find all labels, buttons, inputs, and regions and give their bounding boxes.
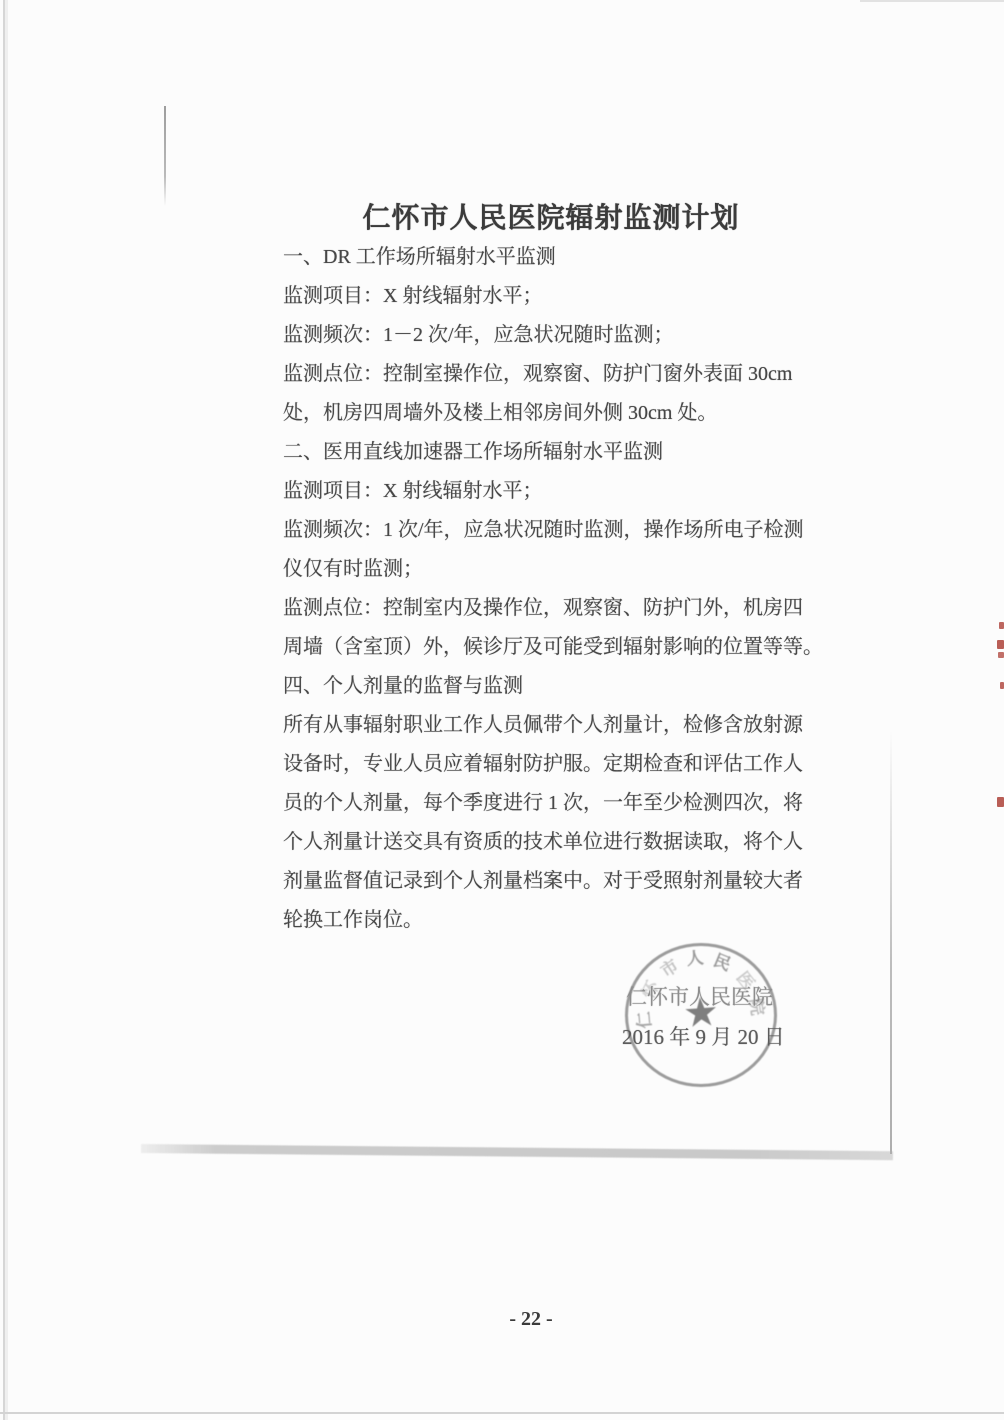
body-line: 轮换工作岗位。 <box>283 901 813 940</box>
red-edge-mark <box>1000 682 1004 689</box>
red-edge-mark <box>997 640 1004 649</box>
body-line: 员的个人剂量，每个季度进行 1 次，一年至少检测四次，将 <box>283 784 813 823</box>
red-edge-mark <box>999 622 1004 629</box>
body-line: 监测点位：控制室内及操作位，观察窗、防护门外，机房四 <box>283 589 813 628</box>
seal-ring-char: 人 <box>685 949 705 969</box>
top-scan-edge <box>860 0 1004 2</box>
body-line: 仪仅有时监测； <box>283 550 813 589</box>
body-line: 一、DR 工作场所辐射水平监测 <box>283 238 813 277</box>
body-line: 监测频次：1 次/年，应急状况随时监测，操作场所电子检测 <box>283 511 813 550</box>
body-line: 设备时，专业人员应着辐射防护服。定期检查和评估工作人 <box>283 745 813 784</box>
body-line: 周墙（含室顶）外，候诊厅及可能受到辐射影响的位置等等。 <box>283 628 813 667</box>
bottom-scan-edge <box>0 1412 1004 1414</box>
page-title: 仁怀市人民医院辐射监测计划 <box>352 196 750 236</box>
body-line: 处，机房四周墙外及楼上相邻房间外侧 30cm 处。 <box>283 394 813 433</box>
left-scan-edge-soft <box>5 0 8 1420</box>
stamp-date: 2016 年 9 月 20 日 <box>622 1021 785 1051</box>
body-line: 监测频次：1－2 次/年，应急状况随时监测； <box>283 316 813 355</box>
body-line: 监测项目：X 射线辐射水平； <box>283 472 813 511</box>
body-line: 个人剂量计送交具有资质的技术单位进行数据读取，将个人 <box>283 823 813 862</box>
page-bottom-edge-shadow <box>141 1144 893 1160</box>
red-edge-mark <box>997 797 1004 807</box>
body-line: 监测点位：控制室操作位，观察窗、防护门窗外表面 30cm <box>283 355 813 394</box>
document-body: 一、DR 工作场所辐射水平监测 监测项目：X 射线辐射水平； 监测频次：1－2 … <box>283 238 813 940</box>
body-line: 监测项目：X 射线辐射水平； <box>283 277 813 316</box>
body-line: 所有从事辐射职业工作人员佩带个人剂量计，检修含放射源 <box>283 706 813 745</box>
body-line: 二、医用直线加速器工作场所辐射水平监测 <box>283 433 813 472</box>
scanned-document-page: 仁怀市人民医院辐射监测计划 一、DR 工作场所辐射水平监测 监测项目：X 射线辐… <box>0 0 1004 1420</box>
stamp-hospital-name: 仁怀市人民医院 <box>626 981 773 1011</box>
page-right-edge-shadow <box>890 730 892 1154</box>
body-line: 四、个人剂量的监督与监测 <box>283 667 813 706</box>
page-number: - 22 - <box>456 1308 606 1331</box>
body-line: 剂量监督值记录到个人剂量档案中。对于受照射剂量较大者 <box>283 862 813 901</box>
red-edge-mark <box>998 652 1004 658</box>
fold-line-artifact <box>164 106 166 206</box>
